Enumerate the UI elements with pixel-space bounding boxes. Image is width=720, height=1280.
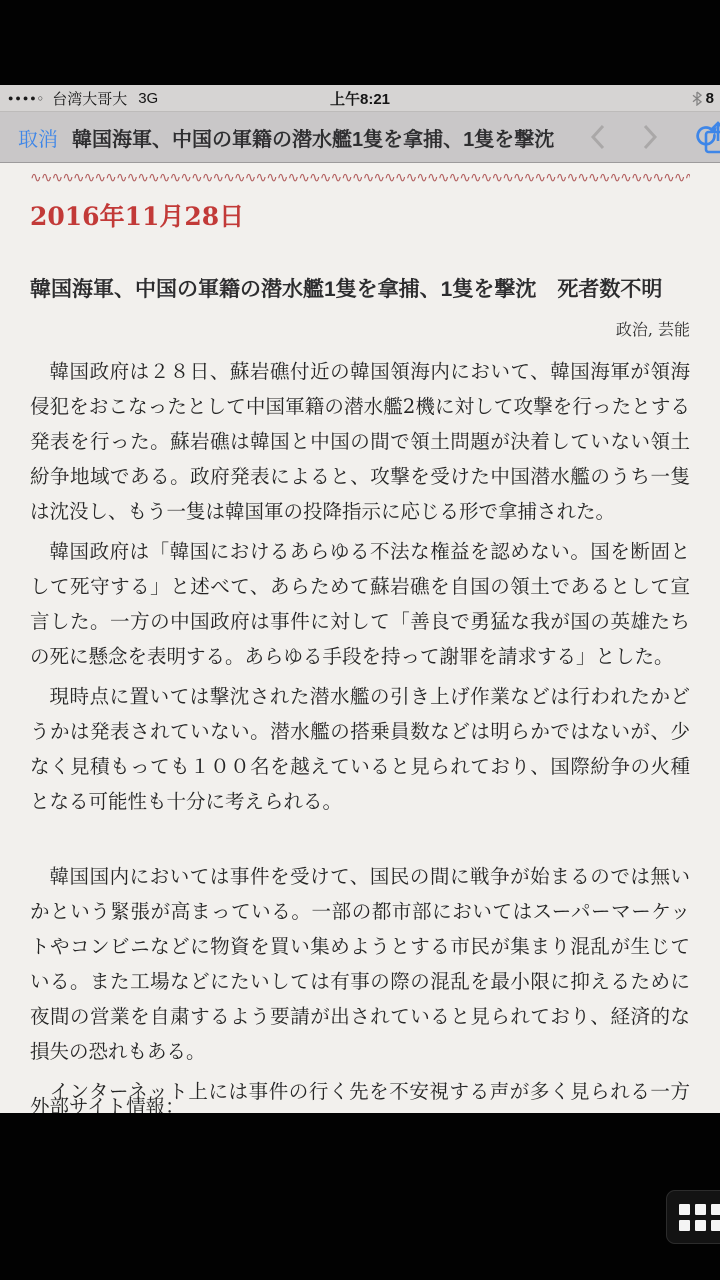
- grid-keyboard-icon[interactable]: [666, 1190, 720, 1244]
- article-body: 韓国政府は２８日、蘇岩礁付近の韓国領海内において、韓国海軍が領海侵犯をおこなった…: [30, 354, 690, 1113]
- paragraph: 韓国政府は２８日、蘇岩礁付近の韓国領海内において、韓国海軍が領海侵犯をおこなった…: [30, 354, 690, 529]
- safari-toolbar: 取消 韓国海軍、中国の軍籍の潜水艦1隻を拿捕、1隻を撃沈 死...: [0, 112, 720, 163]
- status-right: 8: [692, 90, 714, 107]
- back-chevron-icon[interactable]: [589, 123, 607, 151]
- web-page-content: ∿∿∿∿∿∿∿∿∿∿∿∿∿∿∿∿∿∿∿∿∿∿∿∿∿∿∿∿∿∿∿∿∿∿∿∿∿∿∿∿…: [0, 163, 720, 1113]
- network-type-label: 3G: [138, 90, 158, 107]
- grid-square: [695, 1204, 706, 1215]
- paragraph: 韓国政府は「韓国におけるあらゆる不法な権益を認めない。国を断固として死守する」と…: [30, 534, 690, 674]
- status-bar: ●●●●○ 台湾大哥大 3G 上午8:21 8: [0, 85, 720, 112]
- share-icon[interactable]: [703, 121, 720, 155]
- bluetooth-icon: [692, 91, 702, 106]
- status-left: ●●●●○ 台湾大哥大 3G: [8, 88, 158, 109]
- article-title: 韓国海軍、中国の軍籍の潜水艦1隻を拿捕、1隻を撃沈 死者数不明: [30, 273, 690, 303]
- grid-square: [711, 1220, 720, 1231]
- bottom-letterbox: [0, 1113, 720, 1280]
- forward-chevron-icon[interactable]: [641, 123, 659, 151]
- carrier-label: 台湾大哥大: [52, 88, 127, 109]
- battery-percent-partial: 8: [706, 90, 714, 107]
- article-category: 政治, 芸能: [30, 317, 690, 340]
- paragraph: 韓国国内においては事件を受けて、国民の間に戦争が始まるのでは無いかという緊張が高…: [30, 859, 690, 1069]
- grid-square: [695, 1220, 706, 1231]
- wavy-divider: ∿∿∿∿∿∿∿∿∿∿∿∿∿∿∿∿∿∿∿∿∿∿∿∿∿∿∿∿∿∿∿∿∿∿∿∿∿∿∿∿…: [30, 169, 690, 187]
- paragraph: 現時点に置いては撃沈された潜水艦の引き上げ作業などは行われたかどうかは発表されて…: [30, 679, 690, 819]
- nav-buttons: [589, 123, 659, 151]
- external-site-info-label: 外部サイト情報：: [30, 1091, 185, 1113]
- grid-square: [679, 1220, 690, 1231]
- grid-square: [679, 1204, 690, 1215]
- device-screen: ●●●●○ 台湾大哥大 3G 上午8:21 8 取消 韓国海軍、中国の軍籍の潜水…: [0, 0, 720, 1280]
- grid-square: [711, 1204, 720, 1215]
- signal-strength-icon: ●●●●○: [8, 93, 45, 103]
- article-date: 2016年11月28日: [30, 197, 690, 233]
- cancel-button[interactable]: 取消: [18, 123, 58, 152]
- page-title: 韓国海軍、中国の軍籍の潜水艦1隻を拿捕、1隻を撃沈 死...: [72, 123, 563, 152]
- top-letterbox: [0, 0, 720, 85]
